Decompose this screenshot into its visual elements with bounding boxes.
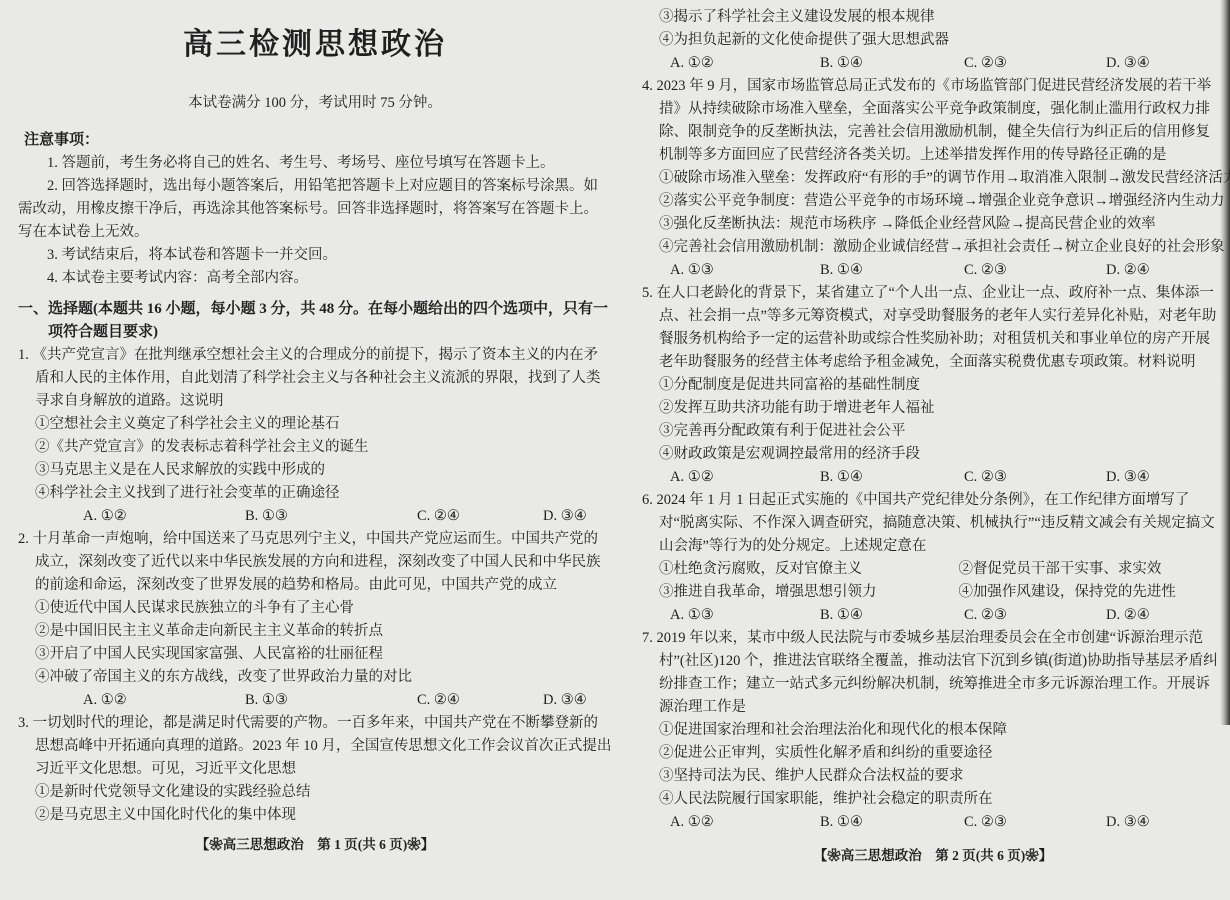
question-item: ③马克思主义是在人民求解放的实践中形成的 <box>18 459 612 482</box>
question: 4. 2023 年 9 月，国家市场监管总局正式发布的《市场监管部门促进民营经济… <box>642 75 1224 282</box>
option-cell: C. ②④ <box>417 689 543 712</box>
question-item: ①使近代中国人民谋求民族独立的斗争有了主心骨 <box>18 597 612 620</box>
exam-note: 4. 本试卷主要考试内容：高考全部内容。 <box>18 267 612 290</box>
exam-note: 2. 回答选择题时，选出每小题答案后，用铅笔把答题卡上对应题目的答案标号涂黑。如… <box>18 175 612 244</box>
question-item: ③坚持司法为民、维护人民群众合法权益的要求 <box>642 765 1224 788</box>
paper-subtitle: 本试卷满分 100 分，考试用时 75 分钟。 <box>18 92 612 115</box>
question-item: ②发挥互助共济功能有助于增进老年人福祉 <box>642 397 1224 420</box>
option-row: A. ①③B. ①④C. ②③D. ②④ <box>642 259 1224 282</box>
option-cell: B. ①④ <box>820 259 964 282</box>
question: 1. 《共产党宣言》在批判继承空想社会主义的合理成分的前提下，揭示了资本主义的内… <box>18 344 612 528</box>
page-1: 高三检测思想政治 本试卷满分 100 分，考试用时 75 分钟。 注意事项： 1… <box>18 0 612 856</box>
option-row: A. ①②B. ①③C. ②④D. ③④ <box>18 505 612 528</box>
question-item: ③强化反垄断执法：规范市场秩序 →降低企业经营风险→提高民营企业的效率 <box>642 213 1224 236</box>
question-item: ①破除市场准入壁垒：发挥政府“有形的手”的调节作用→取消准入限制→激发民营经济活… <box>642 167 1224 190</box>
question-stem: 2. 十月革命一声炮响，给中国送来了马克思列宁主义，中国共产党应运而生。中国共产… <box>18 528 612 597</box>
option-cell: D. ②④ <box>1106 259 1150 282</box>
option-row: A. ①③B. ①④C. ②③D. ②④ <box>642 604 1224 627</box>
question-stem: 4. 2023 年 9 月，国家市场监管总局正式发布的《市场监管部门促进民营经济… <box>642 75 1224 167</box>
option-cell: A. ①② <box>670 52 820 75</box>
option-cell: C. ②③ <box>964 811 1106 834</box>
exam-note: 3. 考试结束后，将本试卷和答题卡一并交回。 <box>18 244 612 267</box>
option-cell: D. ③④ <box>543 505 587 528</box>
question-stem: 3. 一切划时代的理论，都是满足时代需要的产物。一百多年来，中国共产党在不断攀登… <box>18 712 612 781</box>
question-item: ①是新时代党领导文化建设的实践经验总结 <box>18 781 612 804</box>
question-item: ①空想社会主义奠定了科学社会主义的理论基石 <box>18 413 612 436</box>
option-row: A. ①②B. ①④C. ②③D. ③④ <box>642 466 1224 489</box>
question-item: ③揭示了科学社会主义建设发展的根本规律 <box>642 6 1224 29</box>
question: 6. 2024 年 1 月 1 日起正式实施的《中国共产党纪律处分条例》，在工作… <box>642 489 1224 627</box>
question-item: ④科学社会主义找到了进行社会变革的正确途径 <box>18 482 612 505</box>
question-item: ④人民法院履行国家职能，维护社会稳定的职责所在 <box>642 788 1224 811</box>
option-cell: A. ①③ <box>670 259 820 282</box>
question-item: ①分配制度是促进共同富裕的基础性制度 <box>642 374 1224 397</box>
option-cell: A. ①② <box>670 811 820 834</box>
page-2-footer: 【❀高三思想政治 第 2 页(共 6 页)❀】 <box>642 844 1224 867</box>
option-cell: B. ①④ <box>820 52 964 75</box>
option-cell: B. ①③ <box>245 505 417 528</box>
question-item: ②是中国旧民主主义革命走向新民主主义革命的转折点 <box>18 620 612 643</box>
question-items-2col: ①杜绝贪污腐败，反对官僚主义②督促党员干部干实事、求实效③推进自我革命，增强思想… <box>642 558 1224 604</box>
section-heading: 一、选择题(本题共 16 小题，每小题 3 分，共 48 分。在每小题给出的四个… <box>18 298 612 344</box>
option-cell: C. ②③ <box>964 466 1106 489</box>
question-item: ②是马克思主义中国化时代化的集中体现 <box>18 804 612 827</box>
question-item: ①促进国家治理和社会治理法治化和现代化的根本保障 <box>642 719 1224 742</box>
question: 7. 2019 年以来，某市中级人民法院与市委城乡基层治理委员会在全市创建“诉源… <box>642 627 1224 834</box>
question-item: ④加强作风建设，保持党的先进性 <box>958 581 1224 604</box>
question-item: ②《共产党宣言》的发表标志着科学社会主义的诞生 <box>18 436 612 459</box>
question-stem: 7. 2019 年以来，某市中级人民法院与市委城乡基层治理委员会在全市创建“诉源… <box>642 627 1224 719</box>
option-cell: A. ①② <box>670 466 820 489</box>
questions-page-1: 1. 《共产党宣言》在批判继承空想社会主义的合理成分的前提下，揭示了资本主义的内… <box>18 344 612 827</box>
exam-note: 1. 答题前，考生务必将自己的姓名、考生号、考场号、座位号填写在答题卡上。 <box>18 152 612 175</box>
option-cell: D. ③④ <box>1106 52 1150 75</box>
question-item: ④冲破了帝国主义的东方战线，改变了世界政治力量的对比 <box>18 666 612 689</box>
paper-title: 高三检测思想政治 <box>18 24 612 66</box>
option-cell: D. ③④ <box>543 689 587 712</box>
question-item: ②落实公平竞争制度：营造公平竞争的市场环境→增强企业竞争意识→增强经济内生动力 <box>642 190 1224 213</box>
page-1-footer: 【❀高三思想政治 第 1 页(共 6 页)❀】 <box>18 833 612 856</box>
option-cell: C. ②③ <box>964 259 1106 282</box>
question-stem: 5. 在人口老龄化的背景下，某省建立了“个人出一点、企业让一点、政府补一点、集体… <box>642 282 1224 374</box>
option-cell: D. ③④ <box>1106 466 1150 489</box>
option-cell: A. ①② <box>83 689 245 712</box>
scan-edge-shadow <box>1220 0 1230 725</box>
question-item: ④财政政策是宏观调控最常用的经济手段 <box>642 443 1224 466</box>
page-2: ③揭示了科学社会主义建设发展的根本规律④为担负起新的文化使命提供了强大思想武器A… <box>642 6 1224 867</box>
question-item: ②督促党员干部干实事、求实效 <box>958 558 1224 581</box>
option-cell: C. ②③ <box>964 604 1106 627</box>
option-cell: A. ①② <box>83 505 245 528</box>
option-row: A. ①②B. ①④C. ②③D. ③④ <box>642 811 1224 834</box>
question: ③揭示了科学社会主义建设发展的根本规律④为担负起新的文化使命提供了强大思想武器A… <box>642 6 1224 75</box>
option-cell: A. ①③ <box>670 604 820 627</box>
question-item: ④为担负起新的文化使命提供了强大思想武器 <box>642 29 1224 52</box>
question: 5. 在人口老龄化的背景下，某省建立了“个人出一点、企业让一点、政府补一点、集体… <box>642 282 1224 489</box>
question-stem: 6. 2024 年 1 月 1 日起正式实施的《中国共产党纪律处分条例》，在工作… <box>642 489 1224 558</box>
question: 3. 一切划时代的理论，都是满足时代需要的产物。一百多年来，中国共产党在不断攀登… <box>18 712 612 827</box>
notes-heading: 注意事项： <box>24 129 612 152</box>
question-item: ②促进公正审判，实质性化解矛盾和纠纷的重要途径 <box>642 742 1224 765</box>
question: 2. 十月革命一声炮响，给中国送来了马克思列宁主义，中国共产党应运而生。中国共产… <box>18 528 612 712</box>
question-item: ①杜绝贪污腐败，反对官僚主义 <box>659 558 958 581</box>
option-cell: B. ①④ <box>820 466 964 489</box>
option-row: A. ①②B. ①③C. ②④D. ③④ <box>18 689 612 712</box>
question-item: ④完善社会信用激励机制：激励企业诚信经营→承担社会责任→树立企业良好的社会形象 <box>642 236 1224 259</box>
option-cell: C. ②④ <box>417 505 543 528</box>
question-item: ③推进自我革命，增强思想引领力 <box>659 581 958 604</box>
option-cell: B. ①④ <box>820 811 964 834</box>
questions-page-2: ③揭示了科学社会主义建设发展的根本规律④为担负起新的文化使命提供了强大思想武器A… <box>642 6 1224 834</box>
option-cell: D. ②④ <box>1106 604 1150 627</box>
exam-paper-scan: 高三检测思想政治 本试卷满分 100 分，考试用时 75 分钟。 注意事项： 1… <box>0 0 1230 900</box>
question-item: ③开启了中国人民实现国家富强、人民富裕的壮丽征程 <box>18 643 612 666</box>
option-cell: B. ①④ <box>820 604 964 627</box>
option-cell: D. ③④ <box>1106 811 1150 834</box>
notes-list: 1. 答题前，考生务必将自己的姓名、考生号、考场号、座位号填写在答题卡上。2. … <box>18 152 612 290</box>
option-cell: C. ②③ <box>964 52 1106 75</box>
option-row: A. ①②B. ①④C. ②③D. ③④ <box>642 52 1224 75</box>
option-cell: B. ①③ <box>245 689 417 712</box>
question-stem: 1. 《共产党宣言》在批判继承空想社会主义的合理成分的前提下，揭示了资本主义的内… <box>18 344 612 413</box>
question-item: ③完善再分配政策有利于促进社会公平 <box>642 420 1224 443</box>
